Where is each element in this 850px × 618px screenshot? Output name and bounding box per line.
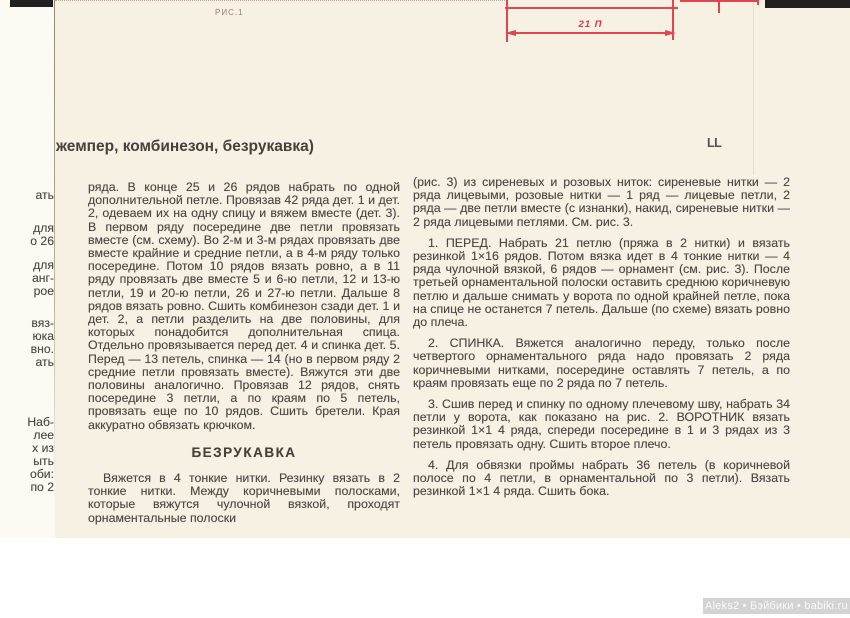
body-paragraph: ряда. В конце 25 и 26 рядов набрать по о… bbox=[88, 181, 400, 432]
scanned-page: РИС.1 21 П жемпер, комбинезон, безрукавк… bbox=[0, 0, 850, 618]
scan-artifact-bar-right bbox=[765, 0, 850, 8]
dimension-arrowhead-left-icon bbox=[505, 30, 516, 36]
diagram-tick-right bbox=[757, 0, 759, 5]
body-paragraph: (рис. 3) из сиреневых и розовых ниток: с… bbox=[413, 176, 790, 229]
diagram-tick-mid bbox=[718, 0, 720, 13]
page-marker: LL bbox=[707, 136, 721, 150]
gutter-fragment: по 2 bbox=[27, 481, 54, 494]
body-paragraph: Вяжется в 4 тонкие нитки. Резинку вязать… bbox=[88, 472, 400, 525]
section-heading: БЕЗРУКАВКА bbox=[88, 446, 400, 459]
gutter-fragment: о 26 bbox=[27, 235, 54, 248]
page-crease-right bbox=[753, 0, 754, 175]
dimension-line bbox=[508, 32, 673, 34]
figure-label: РИС.1 bbox=[215, 8, 244, 17]
cut-dotted-line bbox=[55, 0, 505, 1]
scan-artifact-bar-left bbox=[10, 0, 53, 7]
right-column: (рис. 3) из сиреневых и розовых ниток: с… bbox=[413, 176, 790, 506]
gutter-fragment: ать bbox=[27, 356, 54, 369]
page-title: жемпер, комбинезон, безрукавка) bbox=[56, 138, 314, 156]
watermark: Aleks2 • Бэйбики • babiki.ru bbox=[703, 598, 850, 614]
body-paragraph: 2. СПИНКА. Вяжется аналогично переду, то… bbox=[413, 337, 790, 390]
dimension-label: 21 П bbox=[508, 19, 673, 30]
body-paragraph: 4. Для обвязки проймы набрать 36 петель … bbox=[413, 459, 790, 499]
page-crease-left bbox=[54, 0, 55, 505]
gutter-fragment: рое bbox=[27, 285, 54, 298]
dimension-arrowhead-right-icon bbox=[665, 30, 676, 36]
gutter-fragment: ать bbox=[27, 189, 54, 202]
body-paragraph: 3. Сшив перед и спинку по одному плечево… bbox=[413, 398, 790, 451]
dimension-label-wrap: 21 П bbox=[508, 19, 673, 30]
left-column: ряда. В конце 25 и 26 рядов набрать по о… bbox=[88, 181, 400, 533]
body-paragraph: 1. ПЕРЕД. Набрать 21 петлю (пряжа в 2 ни… bbox=[413, 237, 790, 329]
diagram-bottom-line bbox=[505, 7, 678, 9]
